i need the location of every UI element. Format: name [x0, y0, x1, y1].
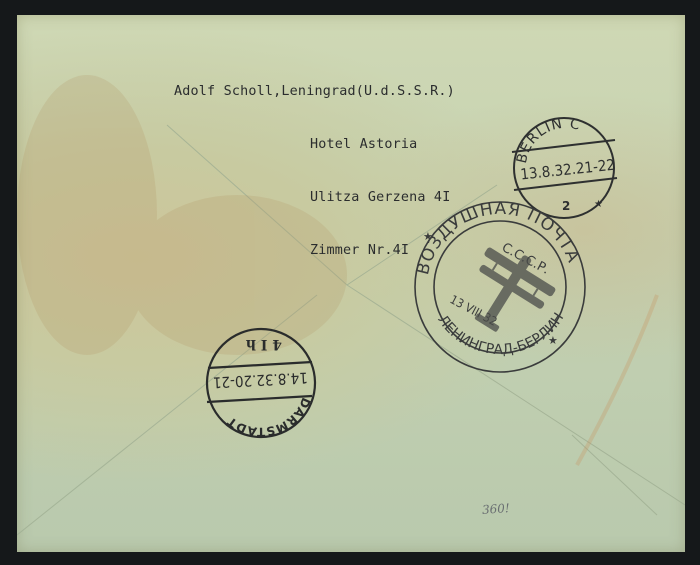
darmstadt-city-text: DARMSTADT [224, 396, 313, 439]
berlin-city-text: BERLIN C [514, 116, 582, 165]
darmstadt-postmark: DARMSTADT 14.8.32.20-21 4 I h [200, 322, 322, 444]
airmail-top-text: ВОЗДУШНАЯ ПОЧТА [413, 199, 583, 277]
darmstadt-date: 14.8.32.20-21 [212, 369, 308, 392]
airmail-cachet: ВОЗДУШНАЯ ПОЧТА ЛЕНИНГРАД-БЕРЛИН С.С.С.Р… [405, 192, 595, 382]
address-line-2: Hotel Astoria [174, 136, 455, 154]
svg-text:BERLIN C: BERLIN C [514, 116, 582, 165]
svg-text:DARMSTADT: DARMSTADT [224, 396, 313, 439]
star-icon: ★ [548, 335, 558, 347]
svg-text:ВОЗДУШНАЯ ПОЧТА: ВОЗДУШНАЯ ПОЧТА [413, 199, 583, 277]
pencil-note: 360! [482, 501, 511, 517]
star-icon: ★ [594, 199, 603, 210]
darmstadt-code: 4 I h [246, 336, 282, 352]
star-icon: ★ [423, 231, 433, 243]
address-line-1: Adolf Scholl,Leningrad(U.d.S.S.R.) [174, 83, 455, 101]
